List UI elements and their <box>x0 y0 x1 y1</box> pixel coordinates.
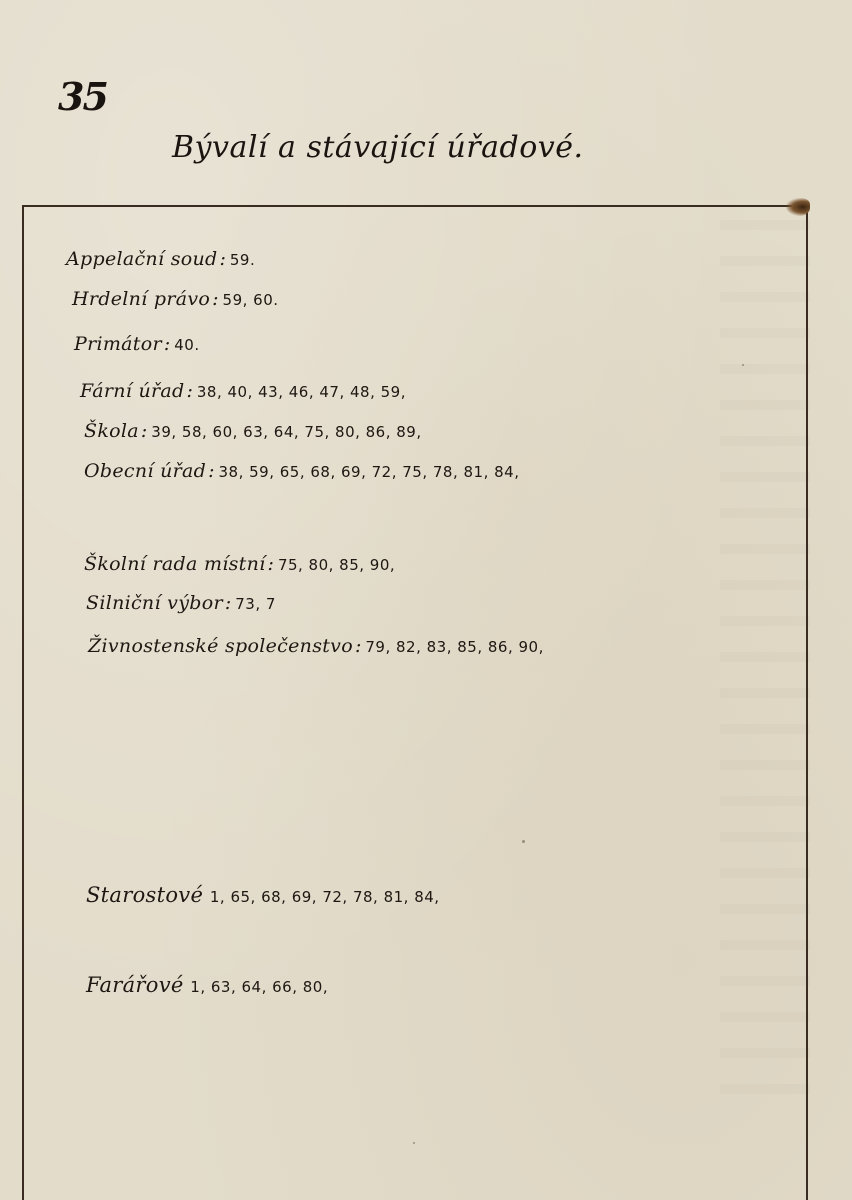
entry-label: Živnostenské společenstvo <box>88 635 353 657</box>
index-entry: Primátor:40. <box>74 333 200 355</box>
paper-speck <box>413 1142 415 1144</box>
entry-pages: 73, 7 <box>235 595 276 613</box>
paper-speck <box>522 840 525 843</box>
index-entry: Appelační soud:59. <box>66 248 255 270</box>
entry-pages: 59, 60. <box>223 291 279 309</box>
index-entry: Farářové 1, 63, 64, 66, 80, <box>86 973 328 997</box>
entry-label: Hrdelní právo <box>72 288 210 310</box>
page-title: Bývalí a stávající úřadové. <box>172 130 584 165</box>
entry-pages: 1, 65, 68, 69, 72, 78, 81, 84, <box>210 888 440 906</box>
entry-pages: 40. <box>174 336 199 354</box>
entry-label: Silniční výbor <box>86 592 223 614</box>
index-entry: Obecní úřad:38, 59, 65, 68, 69, 72, 75, … <box>84 460 519 482</box>
entry-label: Primátor <box>74 333 162 355</box>
entry-pages: 1, 63, 64, 66, 80, <box>190 978 328 996</box>
entry-separator: : <box>164 333 170 355</box>
index-entry: Škola:39, 58, 60, 63, 64, 75, 80, 86, 89… <box>84 420 422 442</box>
entry-separator: : <box>212 288 218 310</box>
entry-label: Fární úřad <box>80 380 184 402</box>
entry-separator: : <box>268 553 274 575</box>
entry-separator: : <box>208 460 214 482</box>
entry-label: Appelační soud <box>66 248 217 270</box>
entry-separator: : <box>225 592 231 614</box>
entry-separator: : <box>219 248 225 270</box>
entry-separator: : <box>141 420 147 442</box>
entry-pages: 79, 82, 83, 85, 86, 90, <box>365 638 543 656</box>
paper-speck <box>742 364 744 366</box>
index-entry: Fární úřad:38, 40, 43, 46, 47, 48, 59, <box>80 380 406 402</box>
entry-pages: 38, 59, 65, 68, 69, 72, 75, 78, 81, 84, <box>219 463 520 481</box>
entry-label: Škola <box>84 420 139 442</box>
page-number: 35 <box>58 74 107 119</box>
ink-blot <box>786 198 810 216</box>
index-entry: Živnostenské společenstvo:79, 82, 83, 85… <box>88 635 544 657</box>
entry-label: Starostové <box>86 883 203 907</box>
entry-pages: 59. <box>230 251 255 269</box>
entry-separator: : <box>186 380 192 402</box>
index-entry: Hrdelní právo:59, 60. <box>72 288 279 310</box>
entry-pages: 38, 40, 43, 46, 47, 48, 59, <box>197 383 406 401</box>
index-entry: Školní rada místní:75, 80, 85, 90, <box>84 553 395 575</box>
entry-label: Školní rada místní <box>84 553 266 575</box>
entry-label: Farářové <box>86 973 184 997</box>
index-entry: Starostové 1, 65, 68, 69, 72, 78, 81, 84… <box>86 883 440 907</box>
entry-pages: 39, 58, 60, 63, 64, 75, 80, 86, 89, <box>151 423 421 441</box>
entry-separator: : <box>355 635 361 657</box>
entry-pages: 75, 80, 85, 90, <box>278 556 395 574</box>
index-entry: Silniční výbor:73, 7 <box>86 592 276 614</box>
entry-label: Obecní úřad <box>84 460 206 482</box>
